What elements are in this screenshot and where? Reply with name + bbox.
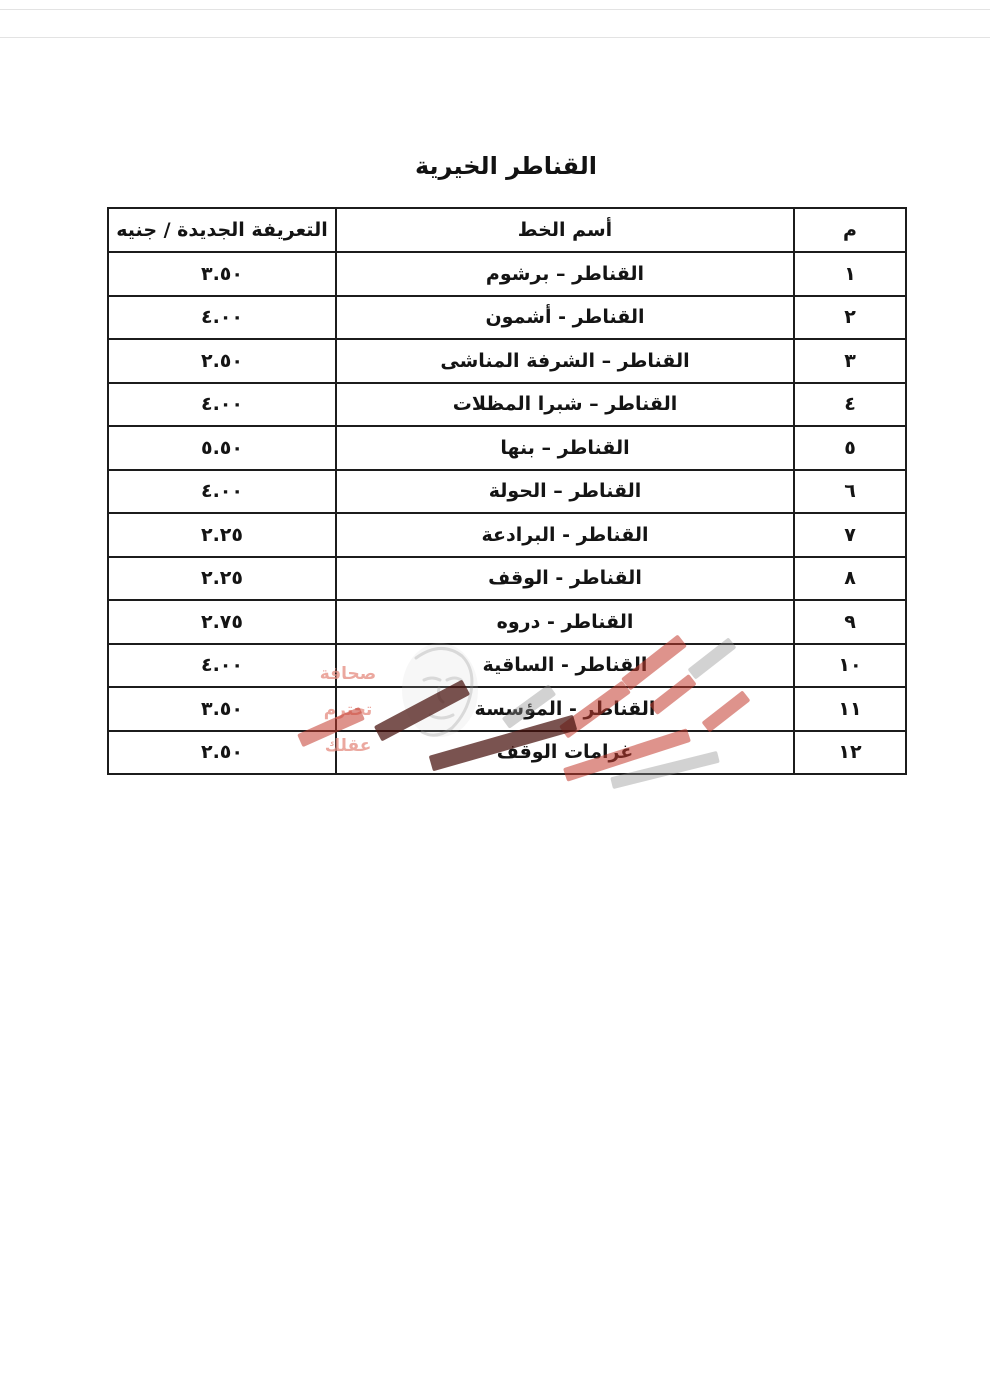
- line-name-cell: القناطر – بنها: [336, 426, 794, 470]
- table-row: ٦ القناطر – الحولة ٤.٠٠: [108, 470, 906, 514]
- line-name-cell: القناطر - البرادعة: [336, 513, 794, 557]
- index-cell: ٢: [794, 296, 906, 340]
- tariff-cell: ٣.٥٠: [108, 687, 336, 731]
- line-name-cell: القناطر - دروه: [336, 600, 794, 644]
- table-row: ٤ القناطر – شبرا المظلات ٤.٠٠: [108, 383, 906, 427]
- index-cell: ٨: [794, 557, 906, 601]
- table-row: ٢ القناطر - أشمون ٤.٠٠: [108, 296, 906, 340]
- top-divider: [0, 37, 990, 38]
- tariff-cell: ٤.٠٠: [108, 644, 336, 688]
- line-name-cell: القناطر – الحولة: [336, 470, 794, 514]
- tariff-cell: ٤.٠٠: [108, 383, 336, 427]
- header-line-name: أسم الخط: [336, 208, 794, 252]
- table-row: ٨ القناطر - الوقف ٢.٢٥: [108, 557, 906, 601]
- line-name-cell: القناطر - المؤسسة: [336, 687, 794, 731]
- tariff-cell: ٤.٠٠: [108, 296, 336, 340]
- index-cell: ١١: [794, 687, 906, 731]
- tariff-cell: ٢.٢٥: [108, 513, 336, 557]
- index-cell: ٧: [794, 513, 906, 557]
- tariff-cell: ٢.٧٥: [108, 600, 336, 644]
- line-name-cell: القناطر – الشرفة المناشى: [336, 339, 794, 383]
- header-index: م: [794, 208, 906, 252]
- table-row: ١ القناطر – برشوم ٣.٥٠: [108, 252, 906, 296]
- index-cell: ٦: [794, 470, 906, 514]
- table-row: ١٢ غرامات الوقف ٢.٥٠: [108, 731, 906, 775]
- tariff-cell: ٤.٠٠: [108, 470, 336, 514]
- tariff-cell: ٢.٢٥: [108, 557, 336, 601]
- index-cell: ٣: [794, 339, 906, 383]
- line-name-cell: القناطر - أشمون: [336, 296, 794, 340]
- tariff-cell: ٢.٥٠: [108, 339, 336, 383]
- table-row: ٩ القناطر - دروه ٢.٧٥: [108, 600, 906, 644]
- table-row: ٣ القناطر – الشرفة المناشى ٢.٥٠: [108, 339, 906, 383]
- index-cell: ٩: [794, 600, 906, 644]
- line-name-cell: القناطر – برشوم: [336, 252, 794, 296]
- table-row: ٧ القناطر - البرادعة ٢.٢٥: [108, 513, 906, 557]
- index-cell: ١٠: [794, 644, 906, 688]
- line-name-cell: القناطر - الوقف: [336, 557, 794, 601]
- page-title: القناطر الخيرية: [107, 152, 905, 180]
- tariff-cell: ٥.٥٠: [108, 426, 336, 470]
- line-name-cell: القناطر - الساقية: [336, 644, 794, 688]
- header-tariff: التعريفة الجديدة / جنيه: [108, 208, 336, 252]
- table-row: ٥ القناطر – بنها ٥.٥٠: [108, 426, 906, 470]
- index-cell: ١٢: [794, 731, 906, 775]
- table-header-row: م أسم الخط التعريفة الجديدة / جنيه: [108, 208, 906, 252]
- table-row: ١١ القناطر - المؤسسة ٣.٥٠: [108, 687, 906, 731]
- tariff-cell: ٢.٥٠: [108, 731, 336, 775]
- document-page: القناطر الخيرية م أسم الخط التعريفة الجد…: [0, 0, 990, 1400]
- line-name-cell: غرامات الوقف: [336, 731, 794, 775]
- index-cell: ١: [794, 252, 906, 296]
- index-cell: ٤: [794, 383, 906, 427]
- top-divider: [0, 9, 990, 10]
- index-cell: ٥: [794, 426, 906, 470]
- tariff-table: م أسم الخط التعريفة الجديدة / جنيه ١ الق…: [107, 207, 907, 775]
- tariff-cell: ٣.٥٠: [108, 252, 336, 296]
- line-name-cell: القناطر – شبرا المظلات: [336, 383, 794, 427]
- table-row: ١٠ القناطر - الساقية ٤.٠٠: [108, 644, 906, 688]
